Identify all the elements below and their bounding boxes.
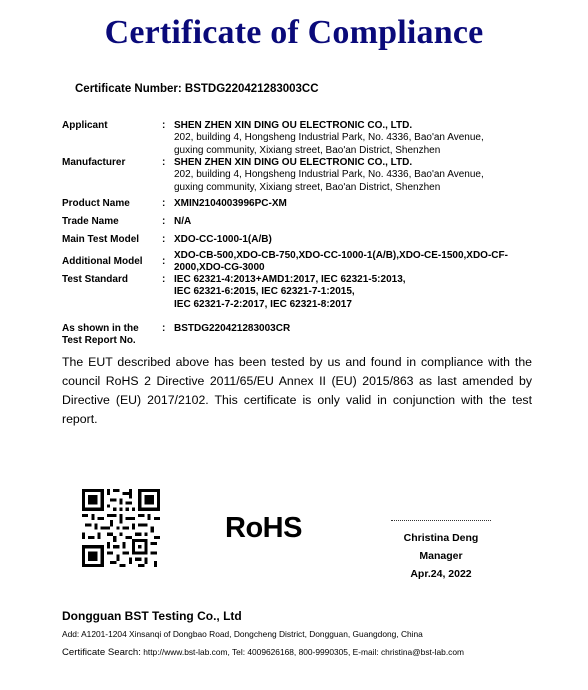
test-report-label-line2: Test Report No. bbox=[62, 335, 162, 347]
test-standard-label: Test Standard bbox=[62, 274, 162, 286]
test-standard-line2: IEC 62321-6:2015, IEC 62321-7-1:2015, bbox=[174, 286, 554, 298]
manufacturer-label: Manufacturer bbox=[62, 157, 162, 169]
additional-model-line1: XDO-CB-500,XDO-CB-750,XDO-CC-1000-1(A/B)… bbox=[174, 250, 554, 262]
rohs-mark: RoHS bbox=[225, 512, 302, 545]
manufacturer-address-line1: 202, building 4, Hongsheng Industrial Pa… bbox=[174, 169, 554, 181]
colon: : bbox=[162, 157, 165, 169]
certificate-title: Certificate of Compliance bbox=[0, 14, 588, 52]
footer-address: Add: A1201-1204 Xinsanqi of Dongbao Road… bbox=[62, 629, 423, 639]
main-test-model-label: Main Test Model bbox=[62, 234, 162, 246]
certificate-search-label: Certificate Search: bbox=[62, 647, 141, 658]
qr-code-icon bbox=[82, 489, 160, 567]
certificate-number-value: BSTDG220421283003CC bbox=[185, 83, 319, 95]
colon: : bbox=[162, 120, 165, 132]
additional-model-line2: 2000,XDO-CG-3000 bbox=[174, 262, 554, 274]
signature-date: Apr.24, 2022 bbox=[381, 568, 501, 580]
test-standard-line1: IEC 62321-4:2013+AMD1:2017, IEC 62321-5:… bbox=[174, 274, 554, 286]
certificate-search-details: http://www.bst-lab.com, Tel: 4009626168,… bbox=[143, 647, 464, 657]
colon: : bbox=[162, 198, 165, 210]
trade-name-value: N/A bbox=[174, 216, 554, 228]
product-name-value: XMIN2104003996PC-XM bbox=[174, 198, 554, 210]
main-test-model-value: XDO-CC-1000-1(A/B) bbox=[174, 234, 554, 246]
applicant-name: SHEN ZHEN XIN DING OU ELECTRONIC CO., LT… bbox=[174, 120, 554, 132]
signature-line bbox=[391, 520, 491, 521]
product-name-label: Product Name bbox=[62, 198, 162, 210]
colon: : bbox=[162, 234, 165, 246]
test-report-value: BSTDG220421283003CR bbox=[174, 323, 554, 335]
applicant-label: Applicant bbox=[62, 120, 162, 132]
compliance-statement: The EUT described above has been tested … bbox=[62, 353, 532, 429]
colon: : bbox=[162, 216, 165, 228]
colon: : bbox=[162, 256, 165, 268]
additional-model-label: Additional Model bbox=[62, 256, 162, 268]
certificate-number-label: Certificate Number: bbox=[75, 83, 182, 95]
applicant-address-line1: 202, building 4, Hongsheng Industrial Pa… bbox=[174, 132, 554, 144]
manufacturer-address-line2: guxing community, Xixiang street, Bao'an… bbox=[174, 182, 554, 194]
manufacturer-name: SHEN ZHEN XIN DING OU ELECTRONIC CO., LT… bbox=[174, 157, 554, 169]
signatory-title: Manager bbox=[381, 550, 501, 562]
test-report-label-line1: As shown in the bbox=[62, 323, 162, 335]
test-standard-line3: IEC 62321-7-2:2017, IEC 62321-8:2017 bbox=[174, 299, 554, 311]
applicant-address-line2: guxing community, Xixiang street, Bao'an… bbox=[174, 145, 554, 157]
trade-name-label: Trade Name bbox=[62, 216, 162, 228]
signatory-name: Christina Deng bbox=[381, 532, 501, 544]
certificate-number: Certificate Number: BSTDG220421283003CC bbox=[75, 83, 319, 95]
footer-certificate-search: Certificate Search: http://www.bst-lab.c… bbox=[62, 647, 464, 658]
colon: : bbox=[162, 274, 165, 286]
footer-company: Dongguan BST Testing Co., Ltd bbox=[62, 609, 242, 623]
colon: : bbox=[162, 323, 165, 335]
